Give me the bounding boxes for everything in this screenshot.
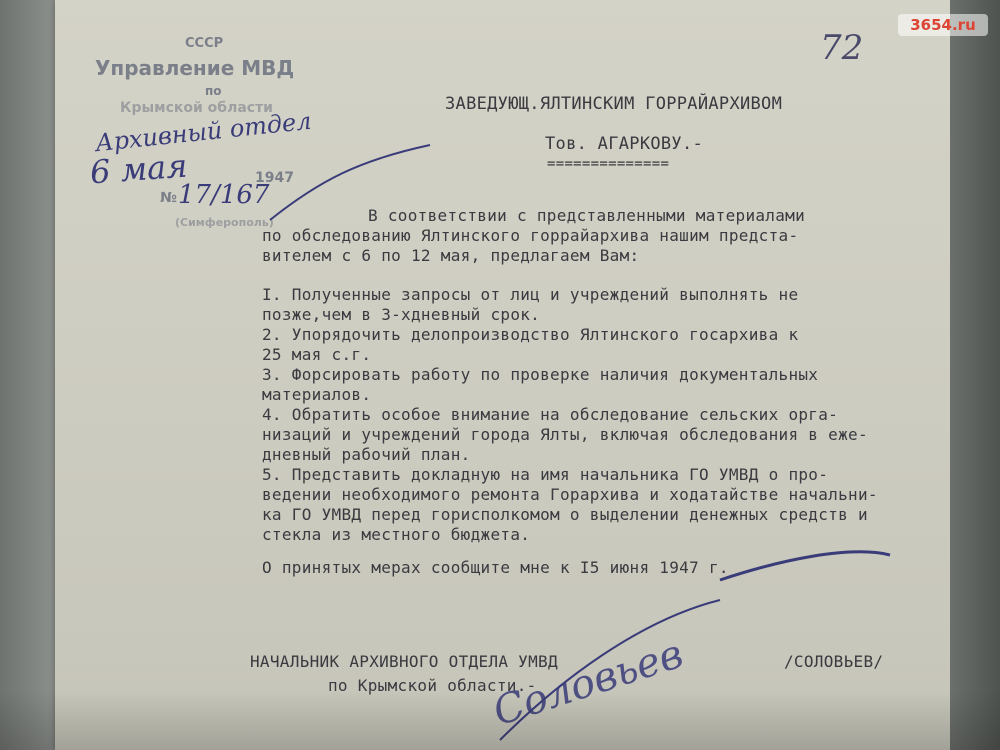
bottom-shadow	[0, 690, 1000, 750]
ink-strokes	[0, 0, 1000, 750]
